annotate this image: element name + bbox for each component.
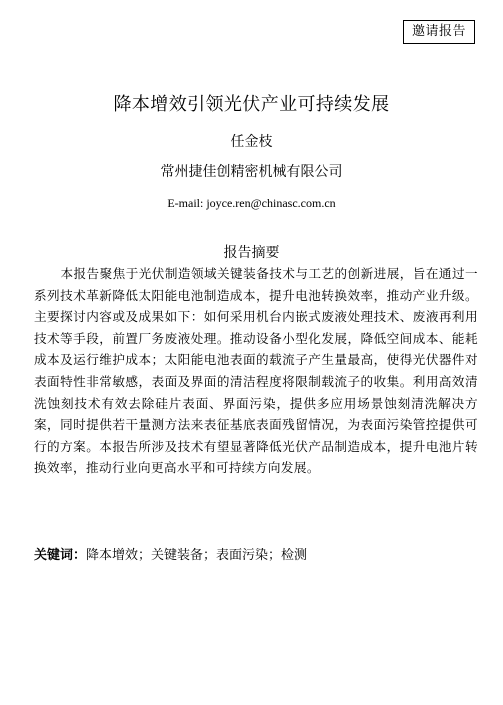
author-affiliation: 常州捷佳创精密机械有限公司 <box>0 162 503 182</box>
author-name: 任金枝 <box>0 132 503 152</box>
author-email[interactable]: E-mail: joyce.ren@chinasc.com.cn <box>0 195 503 211</box>
keywords-label: 关键词： <box>34 548 86 563</box>
keywords-list: 降本增效；关键装备；表面污染；检测 <box>86 548 307 563</box>
abstract-heading: 报告摘要 <box>0 243 503 263</box>
invited-report-badge: 邀请报告 <box>403 20 475 44</box>
keywords-line: 关键词：降本增效；关键装备；表面污染；检测 <box>34 547 307 565</box>
abstract-body: 本报告聚焦于光伏制造领域关键装备技术与工艺的创新进展，旨在通过一系列技术革新降低… <box>34 263 478 479</box>
paper-title: 降本增效引领光伏产业可持续发展 <box>0 93 503 117</box>
